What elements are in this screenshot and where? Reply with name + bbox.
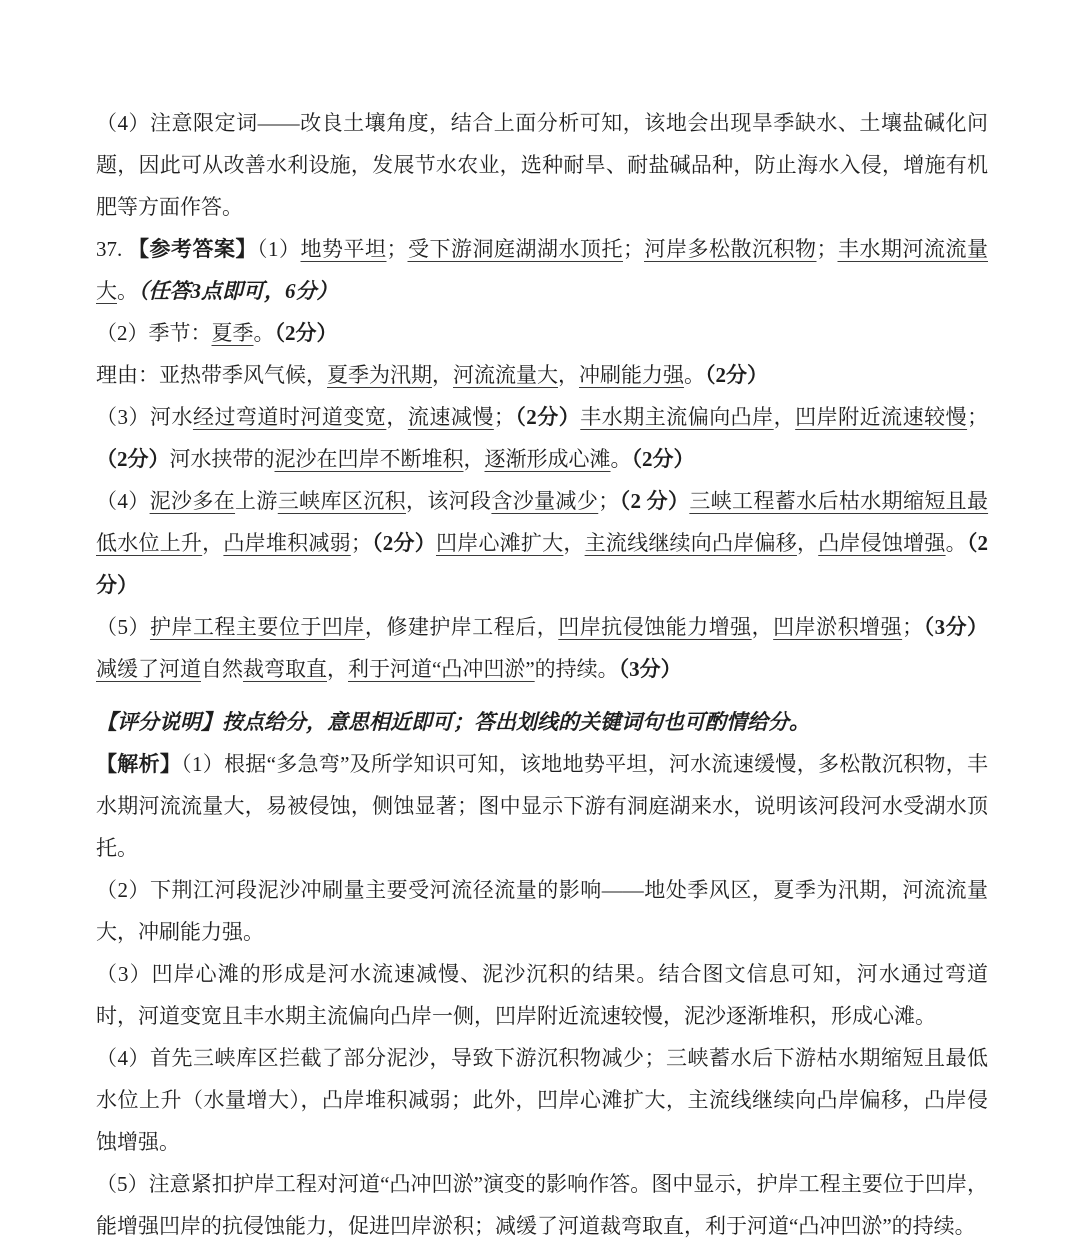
text-segment: 。 — [946, 531, 967, 555]
underlined-key-phrase: 泥沙多在 — [150, 489, 235, 513]
underlined-key-phrase: 凹岸抗侵蚀能力增强 — [558, 615, 751, 639]
emphasis-text: （2分） — [96, 447, 170, 471]
text-segment: 。 — [611, 447, 632, 471]
text-segment: （1）根据“多急弯”及所学知识可知，该地地势平坦，河水流速缓慢，多松散沉积物，丰… — [96, 752, 988, 860]
text-segment: ， — [202, 531, 223, 555]
underlined-key-phrase: 丰水期主流偏向凸岸 — [580, 405, 773, 429]
text-segment: 河水挟带的 — [170, 447, 275, 471]
text-segment: ； — [817, 237, 838, 261]
text-segment: ，修建护岸工程后， — [365, 615, 558, 639]
emphasis-text: （3分） — [923, 615, 988, 639]
emphasis-text: 【解析】 — [96, 752, 181, 776]
para-explanation-point1: 【解析】（1）根据“多急弯”及所学知识可知，该地地势平坦，河水流速缓慢，多松散沉… — [96, 743, 988, 869]
para-q37-answer-point4: （4）泥沙多在上游三峡库区沉积，该河段含沙量减少；（2 分）三峡工程蓄水后枯水期… — [96, 480, 988, 606]
text-segment: ； — [598, 489, 619, 513]
emphasis-text: （2分） — [275, 321, 338, 345]
para-scoring-note: 【评分说明】按点给分，意思相近即可；答出划线的关键词句也可酌情给分。 — [96, 701, 988, 743]
text-segment: ， — [774, 405, 796, 429]
text-segment: ； — [387, 237, 408, 261]
emphasis-text: （2分） — [515, 405, 580, 429]
para-q37-answer-point3: （3）河水经过弯道时河道变宽，流速减慢；（2分）丰水期主流偏向凸岸，凹岸附近流速… — [96, 396, 988, 480]
text-segment: ； — [494, 405, 515, 429]
emphasis-text: （任答3点即可，6分） — [138, 279, 338, 303]
text-segment: ， — [432, 363, 453, 387]
underlined-key-phrase: 凹岸附近流速较慢 — [795, 405, 967, 429]
emphasis-text: 【参考答案】 — [128, 237, 257, 261]
text-segment: ， — [558, 363, 579, 387]
text-segment: 。 — [254, 321, 275, 345]
document-page: （4）注意限定词——改良土壤角度，结合上面分析可知，该地会出现旱季缺水、土壤盐碱… — [96, 102, 988, 1128]
underlined-key-phrase: 凹岸心滩扩大 — [436, 531, 563, 555]
underlined-key-phrase: 含沙量减少 — [491, 489, 598, 513]
text-segment: 自然 — [201, 657, 243, 681]
text-segment: （3）河水 — [96, 405, 193, 429]
emphasis-text: （2分） — [372, 531, 436, 555]
underlined-key-phrase: 主流线继续向凸岸偏移 — [585, 531, 797, 555]
underlined-key-phrase: 三峡库区沉积 — [278, 489, 406, 513]
document-body: （4）注意限定词——改良土壤角度，结合上面分析可知，该地会出现旱季缺水、土壤盐碱… — [96, 102, 988, 1128]
text-segment: ， — [752, 615, 774, 639]
underlined-key-phrase: 夏季为汛期 — [327, 363, 432, 387]
para-q36-point4-analysis: （4）注意限定词——改良土壤角度，结合上面分析可知，该地会出现旱季缺水、土壤盐碱… — [96, 102, 988, 228]
text-segment: （3）凹岸心滩的形成是河水流速减慢、泥沙沉积的结果。结合图文信息可知，河水通过弯… — [96, 962, 988, 1028]
text-segment: 。 — [684, 363, 705, 387]
text-segment: ； — [967, 405, 988, 429]
underlined-key-phrase: 利于河道“凸冲凹淤” — [348, 657, 535, 681]
underlined-key-phrase: 冲刷能力强 — [579, 363, 684, 387]
text-segment: （4）注意限定词——改良土壤角度，结合上面分析可知，该地会出现旱季缺水、土壤盐碱… — [96, 111, 988, 219]
underlined-key-phrase: 护岸工程主要位于凹岸 — [150, 615, 365, 639]
underlined-key-phrase: 地势平坦 — [301, 237, 387, 261]
underlined-key-phrase: 裁弯取直 — [243, 657, 327, 681]
text-segment: ， — [327, 657, 348, 681]
emphasis-text: （2分） — [705, 363, 768, 387]
text-segment: 的持续。 — [535, 657, 619, 681]
underlined-key-phrase: 减缓了河道 — [96, 657, 201, 681]
text-segment: （5） — [96, 615, 150, 639]
underlined-key-phrase: 泥沙在凹岸不断堆积 — [275, 447, 464, 471]
text-segment: （1） — [257, 237, 301, 261]
para-q37-answer-point2-season: （2）季节：夏季。（2分） — [96, 312, 988, 354]
text-segment: 。 — [117, 279, 138, 303]
text-segment: 理由：亚热带季风气候， — [96, 363, 327, 387]
underlined-key-phrase: 受下游洞庭湖湖水顶托 — [408, 237, 624, 261]
text-segment: ， — [464, 447, 485, 471]
underlined-key-phrase: 凸岸堆积减弱 — [223, 531, 350, 555]
emphasis-text: （2分） — [632, 447, 695, 471]
text-segment: ； — [351, 531, 372, 555]
text-segment: （4）首先三峡库区拦截了部分泥沙，导致下游沉积物减少；三峡蓄水后下游枯水期缩短且… — [96, 1046, 988, 1128]
text-segment: ； — [623, 237, 644, 261]
underlined-key-phrase: 凹岸淤积增强 — [773, 615, 902, 639]
para-explanation-point4: （4）首先三峡库区拦截了部分泥沙，导致下游沉积物减少；三峡蓄水后下游枯水期缩短且… — [96, 1037, 988, 1128]
underlined-key-phrase: 夏季 — [212, 321, 254, 345]
emphasis-text: （3分） — [619, 657, 682, 681]
para-explanation-point2: （2）下荆江河段泥沙冲刷量主要受河流径流量的影响——地处季风区，夏季为汛期，河流… — [96, 869, 988, 953]
emphasis-text: 【评分说明】按点给分，意思相近即可；答出划线的关键词句也可酌情给分。 — [96, 710, 810, 734]
underlined-key-phrase: 逐渐形成心滩 — [485, 447, 611, 471]
underlined-key-phrase: 河流流量大 — [453, 363, 558, 387]
para-explanation-point3: （3）凹岸心滩的形成是河水流速减慢、泥沙沉积的结果。结合图文信息可知，河水通过弯… — [96, 953, 988, 1037]
underlined-key-phrase: 流速减慢 — [408, 405, 494, 429]
underlined-key-phrase: 河岸多松散沉积物 — [644, 237, 817, 261]
text-segment: 37. — [96, 237, 128, 261]
para-q37-answer-point2-reason: 理由：亚热带季风气候，夏季为汛期，河流流量大，冲刷能力强。（2分） — [96, 354, 988, 396]
emphasis-text: （2 分） — [619, 489, 689, 513]
underlined-key-phrase: 经过弯道时河道变宽 — [193, 405, 386, 429]
underlined-key-phrase: 凸岸侵蚀增强 — [818, 531, 945, 555]
text-segment: ，该河段 — [406, 489, 491, 513]
para-q37-answer-point1: 37. 【参考答案】（1）地势平坦；受下游洞庭湖湖水顶托；河岸多松散沉积物；丰水… — [96, 228, 988, 312]
text-segment: （2）下荆江河段泥沙冲刷量主要受河流径流量的影响——地处季风区，夏季为汛期，河流… — [96, 878, 988, 944]
text-segment: （4） — [96, 489, 150, 513]
text-segment: ； — [902, 615, 923, 639]
text-segment: ， — [563, 531, 584, 555]
para-q37-answer-point5: （5）护岸工程主要位于凹岸，修建护岸工程后，凹岸抗侵蚀能力增强，凹岸淤积增强；（… — [96, 606, 988, 690]
text-segment: 上游 — [235, 489, 278, 513]
text-segment: ， — [386, 405, 408, 429]
text-segment: ， — [797, 531, 818, 555]
text-segment: （2）季节： — [96, 321, 212, 345]
